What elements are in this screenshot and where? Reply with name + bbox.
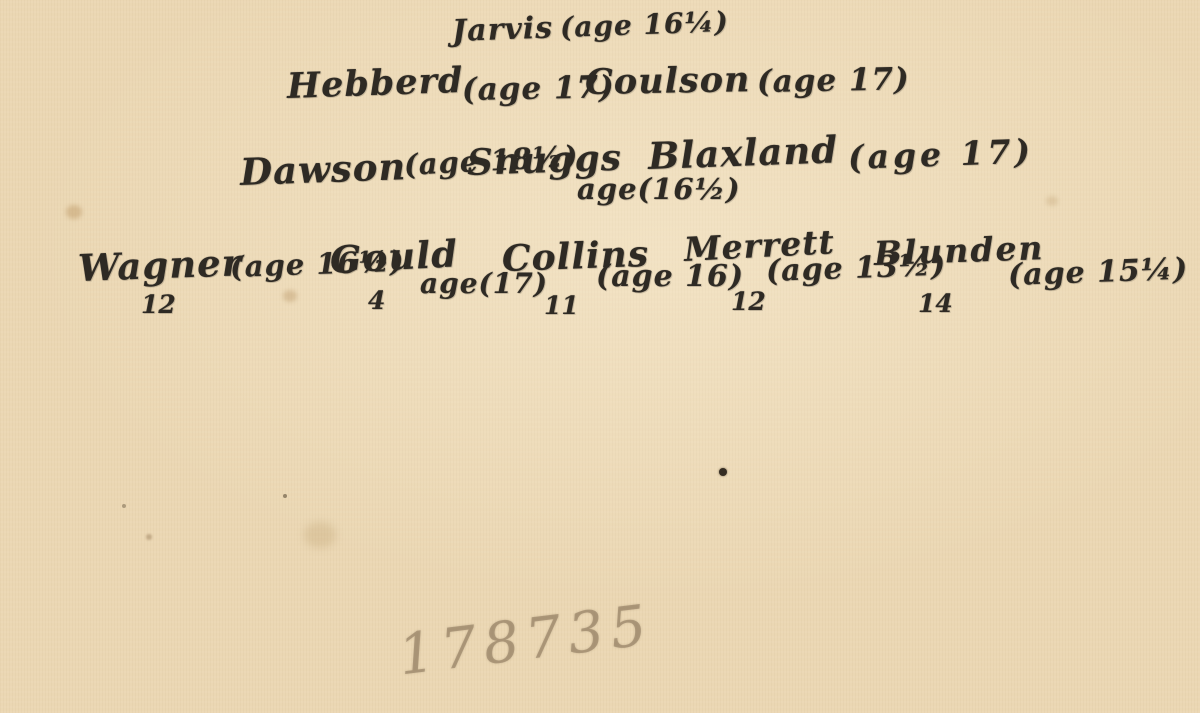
stain bbox=[66, 205, 82, 219]
handwritten-age: (age 16¼) bbox=[559, 5, 729, 44]
handwritten-number: 4 bbox=[368, 286, 385, 315]
speck bbox=[283, 494, 287, 498]
handwritten-name: Jarvis bbox=[451, 10, 553, 49]
speck bbox=[122, 504, 126, 508]
handwritten-age: (age 15¼) bbox=[1007, 252, 1188, 293]
handwritten-age: (age 17) bbox=[757, 61, 910, 100]
pencil-reference-number: 178735 bbox=[395, 593, 657, 689]
handwritten-number: 14 bbox=[918, 289, 953, 318]
handwritten-number: 12 bbox=[731, 287, 766, 316]
stain bbox=[304, 522, 336, 548]
handwritten-age: (age 17) bbox=[847, 132, 1034, 177]
handwritten-name: Wagner bbox=[77, 240, 243, 290]
stain bbox=[283, 290, 297, 302]
ink-dot bbox=[719, 468, 727, 476]
handwritten-name: Hebberd bbox=[286, 60, 464, 107]
handwritten-number: 11 bbox=[544, 291, 579, 320]
stain bbox=[1046, 196, 1058, 206]
handwritten-name: Dawson bbox=[239, 144, 407, 194]
photo-back-paper: Jarvis (age 16¼) Hebberd (age 17) Coulso… bbox=[0, 0, 1200, 713]
handwritten-name: Coulson bbox=[585, 59, 751, 103]
handwritten-number: 12 bbox=[141, 290, 176, 319]
handwritten-name: Blaxland bbox=[647, 127, 839, 178]
stain bbox=[146, 534, 152, 540]
